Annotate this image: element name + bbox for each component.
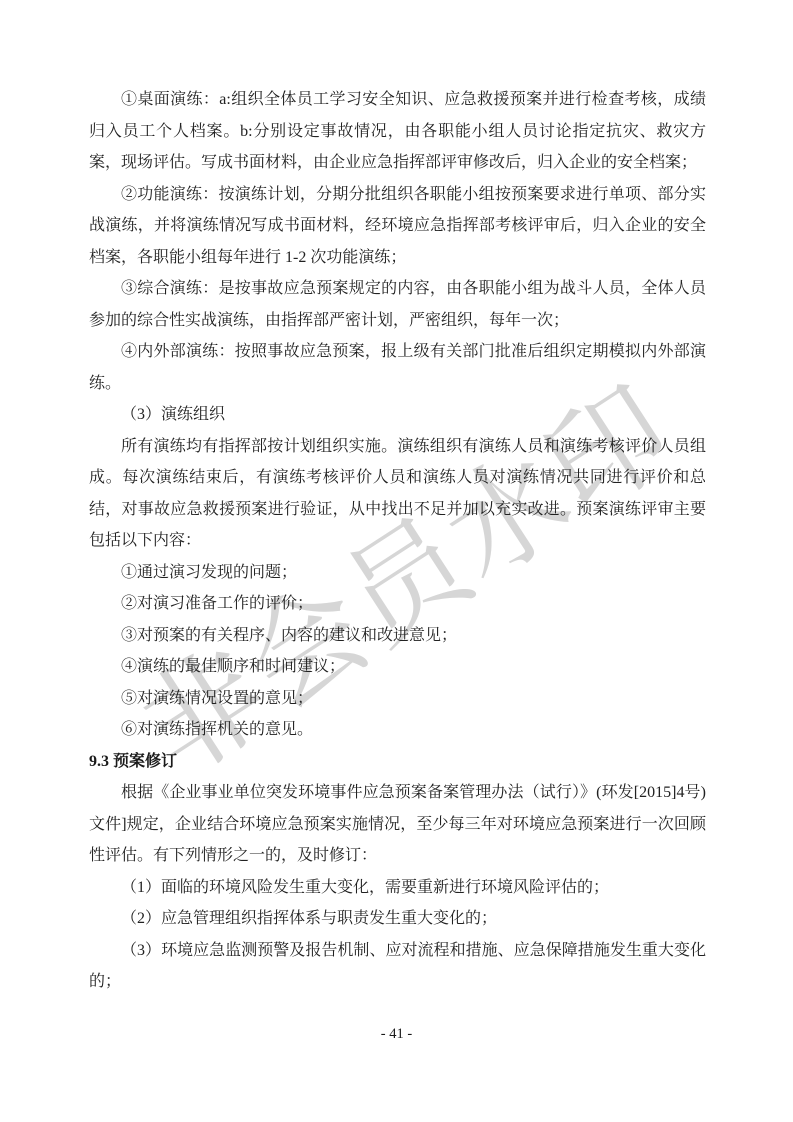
paragraph-drill-organization-desc: 所有演练均有指挥部按计划组织实施。演练组织有演练人员和演练考核评价人员组成。每次… [89,431,706,557]
list-item-review-2: ②对演习准备工作的评价； [89,588,706,620]
document-body: ①桌面演练：a:组织全体员工学习安全知识、应急救援预案并进行检查考核，成绩归入员… [89,84,706,998]
page-number: - 41 - [0,1024,793,1044]
paragraph-comprehensive-drill: ③综合演练：是按事故应急预案规定的内容，由各职能小组为战斗人员，全体人员参加的综… [89,273,706,336]
list-item-review-6: ⑥对演练指挥机关的意见。 [89,714,706,746]
paragraph-desktop-drill: ①桌面演练：a:组织全体员工学习安全知识、应急救援预案并进行检查考核，成绩归入员… [89,84,706,179]
subheading-drill-organization: （3）演练组织 [89,399,706,431]
list-item-revision-3: （3）环境应急监测预警及报告机制、应对流程和措施、应急保障措施发生重大变化的； [89,935,706,998]
list-item-review-1: ①通过演习发现的问题； [89,557,706,589]
list-item-revision-1: （1）面临的环境风险发生重大变化，需要重新进行环境风险评估的； [89,872,706,904]
paragraph-function-drill: ②功能演练：按演练计划，分期分批组织各职能小组按预案要求进行单项、部分实战演练，… [89,179,706,274]
paragraph-revision-basis: 根据《企业事业单位突发环境事件应急预案备案管理办法（试行）》(环发[2015]4… [89,777,706,872]
section-heading-9-3: 9.3 预案修订 [89,746,706,778]
paragraph-internal-external-drill: ④内外部演练：按照事故应急预案，报上级有关部门批准后组织定期模拟内外部演练。 [89,336,706,399]
list-item-review-5: ⑤对演练情况设置的意见； [89,683,706,715]
list-item-review-3: ③对预案的有关程序、内容的建议和改进意见； [89,620,706,652]
list-item-review-4: ④演练的最佳顺序和时间建议； [89,651,706,683]
list-item-revision-2: （2）应急管理组织指挥体系与职责发生重大变化的； [89,903,706,935]
document-page: 非会员水印 ①桌面演练：a:组织全体员工学习安全知识、应急救援预案并进行检查考核… [0,0,793,1122]
